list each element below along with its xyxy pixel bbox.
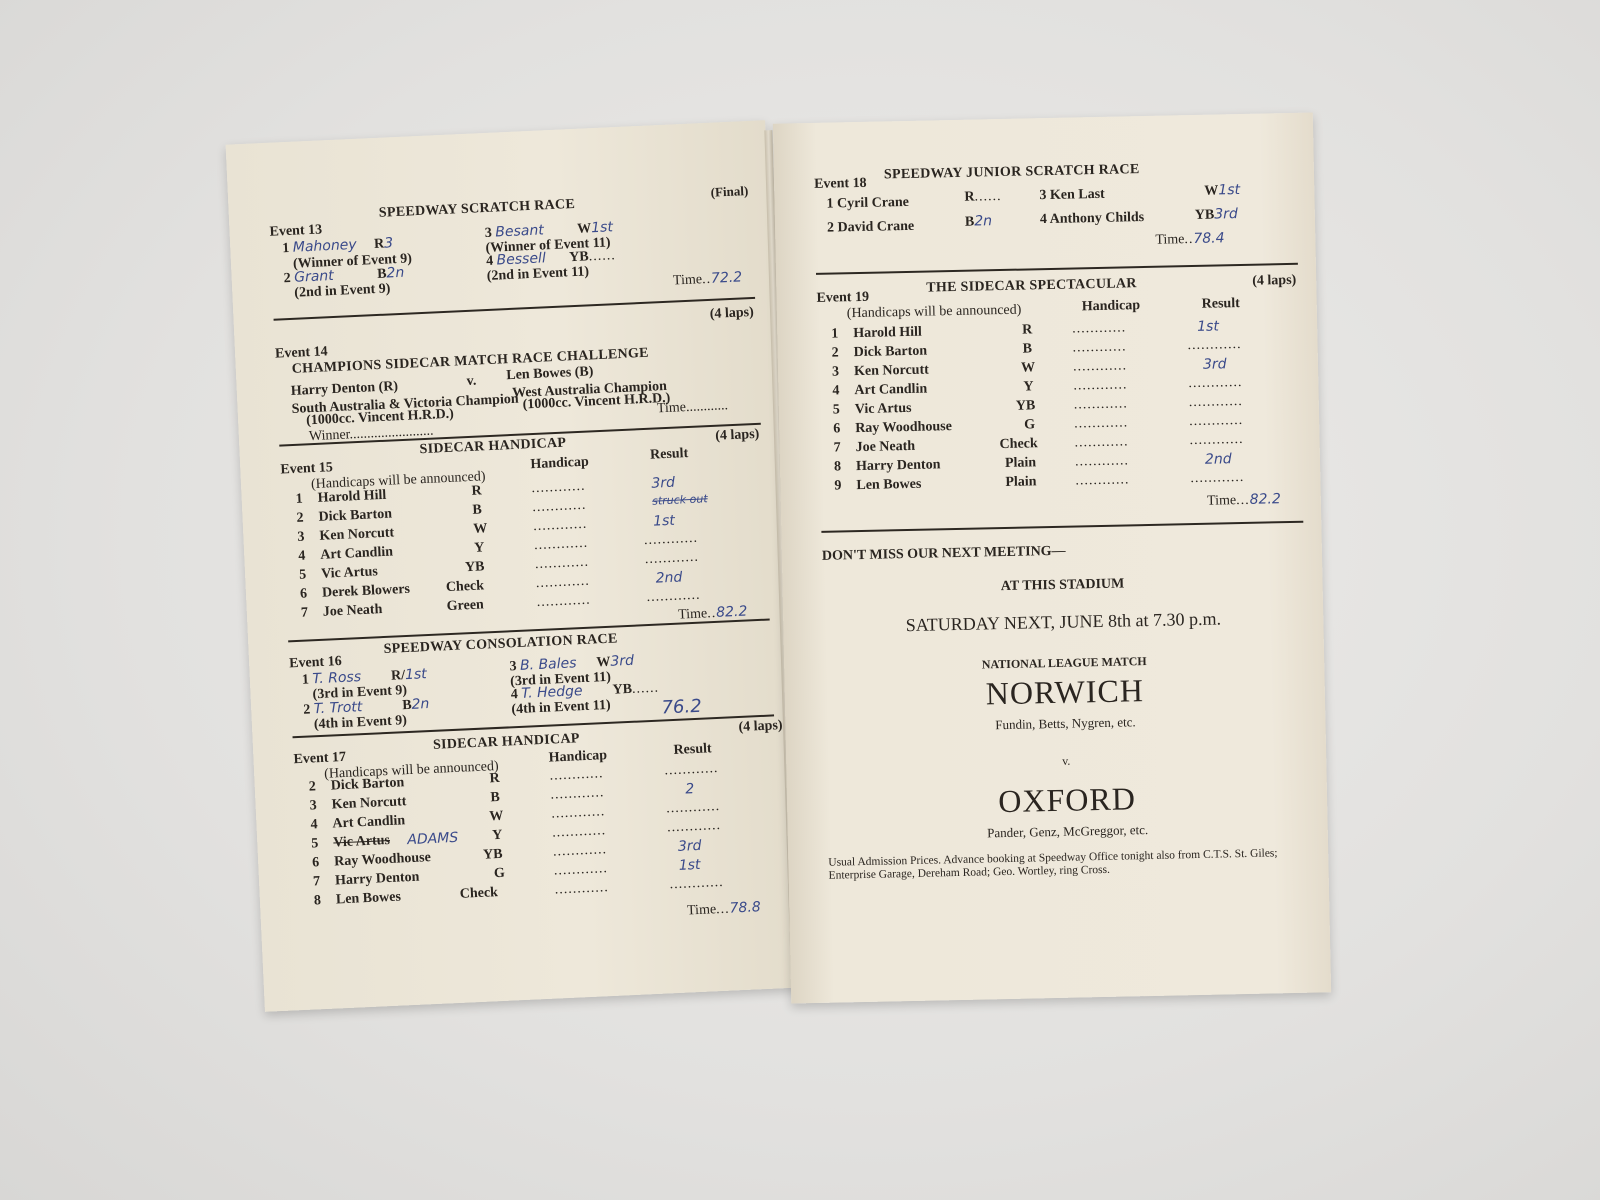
text-field: 2 xyxy=(283,271,291,286)
text-field: ............ xyxy=(1074,415,1128,432)
away-riders: Pander, Genz, McGreggor, etc. xyxy=(828,819,1308,845)
text-field: 1st xyxy=(405,666,427,683)
text-field: R xyxy=(391,668,402,683)
text-field: 4 xyxy=(832,383,839,399)
programme-left-page: Event 13 SPEEDWAY SCRATCH RACE (Final) 1… xyxy=(226,120,805,1012)
text-field: W xyxy=(577,221,592,237)
text-field: (4 laps) xyxy=(709,305,754,323)
event-title: THE SIDECAR SPECTACULAR xyxy=(926,276,1137,296)
text-field: 1 xyxy=(826,196,833,211)
text-field: R xyxy=(489,771,500,787)
text-field: 1st xyxy=(1197,318,1219,334)
text-field: ............ xyxy=(1190,470,1244,487)
text-field: B xyxy=(490,790,500,806)
text-field: 4 xyxy=(310,817,318,833)
text-field: Len Bowes xyxy=(856,477,921,494)
text-field: 2 xyxy=(827,220,834,235)
text-field: Y xyxy=(492,828,503,844)
text-field: Dick Barton xyxy=(853,344,927,362)
text-field: 3rd xyxy=(651,475,675,492)
text-field: Harold Hill xyxy=(853,325,922,342)
text-field: ............ xyxy=(536,593,591,611)
text-field: ............ xyxy=(1075,453,1129,470)
text-field: 3 xyxy=(384,235,394,251)
text-field: Vic Artus xyxy=(321,564,378,583)
text-field: 4 xyxy=(486,254,494,269)
event-19: Event 19 THE SIDECAR SPECTACULAR (4 laps… xyxy=(816,269,1301,519)
rider-table: 1Harold HillR............3rd 2Dick Barto… xyxy=(281,471,767,626)
text-field: 3rd xyxy=(610,653,634,670)
text-field: R xyxy=(964,190,974,205)
text-field: Harold Hill xyxy=(317,488,386,507)
text-field: ............ xyxy=(1189,394,1243,411)
home-riders: Fundin, Betts, Nygren, etc. xyxy=(825,711,1305,737)
text-field: B xyxy=(472,502,482,518)
text-field: Ray Woodhouse xyxy=(855,419,952,437)
text-field: Ken Norcutt xyxy=(331,794,406,813)
text-field: Time xyxy=(673,272,703,288)
away-team: OXFORD xyxy=(827,777,1308,824)
text-field: Time xyxy=(1207,493,1236,509)
text-field: 3 xyxy=(832,364,839,380)
text-field: Vic Artus xyxy=(855,401,912,418)
text-field: (Handicaps will be announced) xyxy=(847,303,1022,323)
text-field: Derek Blowers xyxy=(322,582,411,602)
text-field: Handicap xyxy=(1082,298,1141,315)
text-field: G xyxy=(494,866,506,882)
text-field: Result xyxy=(673,741,712,759)
text-field: ............ xyxy=(550,785,605,803)
text-field: YB xyxy=(483,847,503,864)
text-field: Len Bowes (B) xyxy=(506,364,594,384)
text-field: Harry Denton xyxy=(856,457,941,475)
text-field: ............ xyxy=(645,550,700,568)
event-15: Event 15 SIDECAR HANDICAP (4 laps) (Hand… xyxy=(279,427,767,639)
text-field: 1 xyxy=(282,241,290,256)
text-field: W xyxy=(489,809,504,826)
text-field: ............ xyxy=(554,861,609,879)
text-field: 1st xyxy=(591,219,613,236)
text-field: Time xyxy=(687,902,717,918)
text-field: Dick Barton xyxy=(318,507,392,526)
text-field: ............ xyxy=(535,574,590,592)
text-field: 1st xyxy=(1218,182,1240,198)
text-field: YB xyxy=(1016,398,1036,414)
text-field: Dick Barton xyxy=(330,775,404,794)
text-field: ............ xyxy=(1189,413,1243,430)
text-field: 2nd xyxy=(655,569,682,586)
stadium-line: AT THIS STADIUM xyxy=(822,573,1302,599)
text-field: G xyxy=(1024,417,1035,433)
text-field: Anthony Childs xyxy=(1049,210,1144,227)
text-field: 82.2 xyxy=(716,604,748,621)
text-field: ............ xyxy=(535,555,590,573)
text-field: 6 xyxy=(312,855,320,871)
text-field: Harry Denton xyxy=(335,870,420,890)
text-field: 6 xyxy=(833,421,840,437)
text-field: ............ xyxy=(549,766,604,784)
text-field: 8 xyxy=(314,893,322,909)
text-field: 2 xyxy=(832,345,839,361)
text-field: 3rd xyxy=(1203,356,1227,372)
text-field: Event 19 xyxy=(816,290,869,307)
text-field: ............ xyxy=(1074,396,1128,413)
text-field: struck out xyxy=(652,492,708,508)
text-field: 1st xyxy=(653,513,675,530)
text-field: 3rd xyxy=(678,838,702,855)
text-field: W xyxy=(596,655,611,671)
text-field: W xyxy=(1204,183,1218,198)
text-field: 4 xyxy=(298,549,306,565)
event-time: Time............ xyxy=(657,398,729,417)
rider-table: 2Dick BartonR........................ 3K… xyxy=(294,758,780,913)
text-field: ............ xyxy=(1074,434,1128,451)
text-field: 2 xyxy=(685,781,695,797)
text-field: ............ xyxy=(551,804,606,822)
text-field: Time xyxy=(1155,232,1184,248)
text-field: ............ xyxy=(1187,337,1241,354)
text-field: 3 xyxy=(297,530,305,546)
text-field: ...... xyxy=(974,189,1001,205)
text-field: ............ xyxy=(531,479,586,497)
text-field: Joe Neath xyxy=(855,439,915,456)
meeting-date: SATURDAY NEXT, JUNE 8th at 7.30 p.m. xyxy=(823,607,1303,638)
text-field: 4 xyxy=(510,687,518,702)
text-field: 5 xyxy=(833,402,840,418)
rider-table: 1Harold HillR............1st 2Dick Barto… xyxy=(817,317,1300,498)
text-field: R xyxy=(1022,322,1032,338)
text-field: ............ xyxy=(533,517,588,535)
text-field: ............ xyxy=(1189,432,1243,449)
text-field: Y xyxy=(1023,379,1033,395)
event-title: SPEEDWAY SCRATCH RACE xyxy=(379,197,576,222)
text-field: Vic Artus xyxy=(333,833,390,852)
text-field: Len Bowes xyxy=(336,890,402,909)
text-field: (2nd in Event 9) xyxy=(294,281,391,301)
text-field: Result xyxy=(650,446,689,464)
text-field: ............ xyxy=(644,531,699,549)
event-tag: (Final) xyxy=(710,183,748,201)
text-field: Ken Norcutt xyxy=(854,363,929,381)
event-time: Time...82.2 xyxy=(1207,491,1281,510)
text-field: W xyxy=(1021,360,1035,376)
text-field: 7 xyxy=(301,605,309,621)
event-14: (4 laps) Event 14 CHAMPIONS SIDECAR MATC… xyxy=(274,301,759,443)
text-field: 4 xyxy=(1040,212,1047,227)
admission-info: Usual Admission Prices. Advance booking … xyxy=(828,847,1310,883)
text-field: Green xyxy=(446,597,484,615)
text-field: Handicap xyxy=(548,748,607,767)
text-field: Grant xyxy=(294,268,334,286)
text-field: YB xyxy=(569,249,589,265)
text-field: 3 xyxy=(485,226,493,241)
text-field: ............ xyxy=(1188,375,1242,392)
text-field: Ray Woodhouse xyxy=(334,850,431,870)
text-field: v. xyxy=(466,374,476,390)
text-field: YB xyxy=(465,559,485,576)
text-field: David Crane xyxy=(837,219,914,236)
programme-right-page: Event 18 SPEEDWAY JUNIOR SCRATCH RACE 1 … xyxy=(773,112,1331,1003)
handwritten-substitution: ADAMS xyxy=(407,830,459,848)
text-field: ............ xyxy=(1073,358,1127,375)
event-time: Time..72.2 xyxy=(673,269,743,289)
text-field: Handicap xyxy=(530,455,589,474)
text-field: 72.2 xyxy=(711,269,743,286)
text-field: Check xyxy=(446,578,485,596)
event-time: Time..78.4 xyxy=(1155,230,1225,248)
text-field: 3 xyxy=(309,798,317,814)
text-field: 1 xyxy=(302,672,310,687)
text-field: 3 xyxy=(1039,188,1046,203)
text-field: 7 xyxy=(313,874,321,890)
text-field: Check xyxy=(459,885,498,903)
text-field: 2n xyxy=(386,265,404,282)
text-field: 2n xyxy=(411,696,429,713)
text-field: 1st xyxy=(678,857,700,874)
text-field: B xyxy=(1022,341,1032,357)
text-field: 1 xyxy=(831,326,838,342)
text-field: Check xyxy=(999,436,1037,453)
text-field: ............ xyxy=(664,761,719,779)
text-field: Plain xyxy=(1005,455,1036,472)
event-17: Event 17 SIDECAR HANDICAP (4 laps) (Hand… xyxy=(293,718,782,950)
text-field: ............ xyxy=(669,875,724,893)
versus: v. xyxy=(826,749,1306,774)
text-field: Art Candlin xyxy=(320,545,393,564)
text-field: ............ xyxy=(1072,339,1126,356)
text-field: YB xyxy=(612,682,632,698)
text-field: Time xyxy=(678,606,708,622)
text-field: Art Candlin xyxy=(332,813,405,832)
text-field: ...... xyxy=(588,248,616,264)
event-18: Event 18 SPEEDWAY JUNIOR SCRATCH RACE 1 … xyxy=(814,153,1296,263)
text-field: Cyril Crane xyxy=(837,195,909,212)
text-field: (4 laps) xyxy=(1252,273,1296,290)
text-field: (4th in Event 11) xyxy=(511,698,611,718)
text-field: 6 xyxy=(300,586,308,602)
text-field: ............ xyxy=(534,536,589,554)
text-field: Art Candlin xyxy=(854,382,927,400)
text-field: R xyxy=(374,237,385,252)
text-field: YB xyxy=(1195,208,1215,223)
handwritten-name: Mahoney xyxy=(292,237,357,256)
text-field: 78.4 xyxy=(1193,230,1225,247)
text-field: ............ xyxy=(666,799,721,817)
text-field: Event 18 xyxy=(814,176,867,193)
text-field: 2 xyxy=(303,702,311,717)
text-field: (4 laps) xyxy=(715,427,760,445)
text-field: ............ xyxy=(646,588,701,606)
home-team: NORWICH xyxy=(824,669,1305,716)
text-field: 2 xyxy=(308,779,316,795)
text-field: 2n xyxy=(974,213,992,229)
text-field: W xyxy=(473,521,488,538)
divider xyxy=(821,521,1303,533)
text-field: 1 xyxy=(295,492,303,508)
text-field: ............ xyxy=(1073,377,1127,394)
event-13: Event 13 SPEEDWAY SCRATCH RACE (Final) 1… xyxy=(268,183,752,315)
text-field: ............ xyxy=(554,880,609,898)
text-field: (4 laps) xyxy=(738,718,783,736)
text-field: Plain xyxy=(1005,474,1036,491)
text-field: 5 xyxy=(299,567,307,583)
text-field: Y xyxy=(474,540,485,556)
text-field: ............ xyxy=(1075,472,1129,489)
text-field: Ken Last xyxy=(1050,187,1105,203)
text-field: (4th in Event 9) xyxy=(314,713,408,733)
handwritten-time: 76.2 xyxy=(661,696,702,719)
text-field: 8 xyxy=(834,459,841,475)
text-field: ............ xyxy=(553,842,608,860)
text-field: 2nd xyxy=(1205,451,1232,468)
text-field: 9 xyxy=(834,478,841,494)
text-field: 7 xyxy=(833,440,840,456)
text-field: ............ xyxy=(532,498,587,516)
text-field: ............ xyxy=(1072,320,1126,337)
text-field: 3 xyxy=(509,659,517,674)
text-field: ............ xyxy=(552,823,607,841)
text-field: (2nd in Event 11) xyxy=(486,264,589,285)
text-field: Result xyxy=(1202,296,1240,313)
text-field: 78.8 xyxy=(729,899,761,916)
event-title: SPEEDWAY JUNIOR SCRATCH RACE xyxy=(884,162,1140,183)
text-field: 3rd xyxy=(1214,206,1238,222)
text-field: R xyxy=(471,483,482,499)
event-time: Time...78.8 xyxy=(687,899,761,919)
text-field: ............ xyxy=(667,818,722,836)
text-field: 5 xyxy=(311,836,319,852)
text-field: 82.2 xyxy=(1249,491,1281,508)
text-field: Joe Neath xyxy=(323,602,383,621)
text-field: ...... xyxy=(632,681,660,697)
text-field: Ken Norcutt xyxy=(319,525,394,544)
next-meeting-heading: DON'T MISS OUR NEXT MEETING— xyxy=(822,539,1302,565)
text-field: 2 xyxy=(296,511,304,527)
